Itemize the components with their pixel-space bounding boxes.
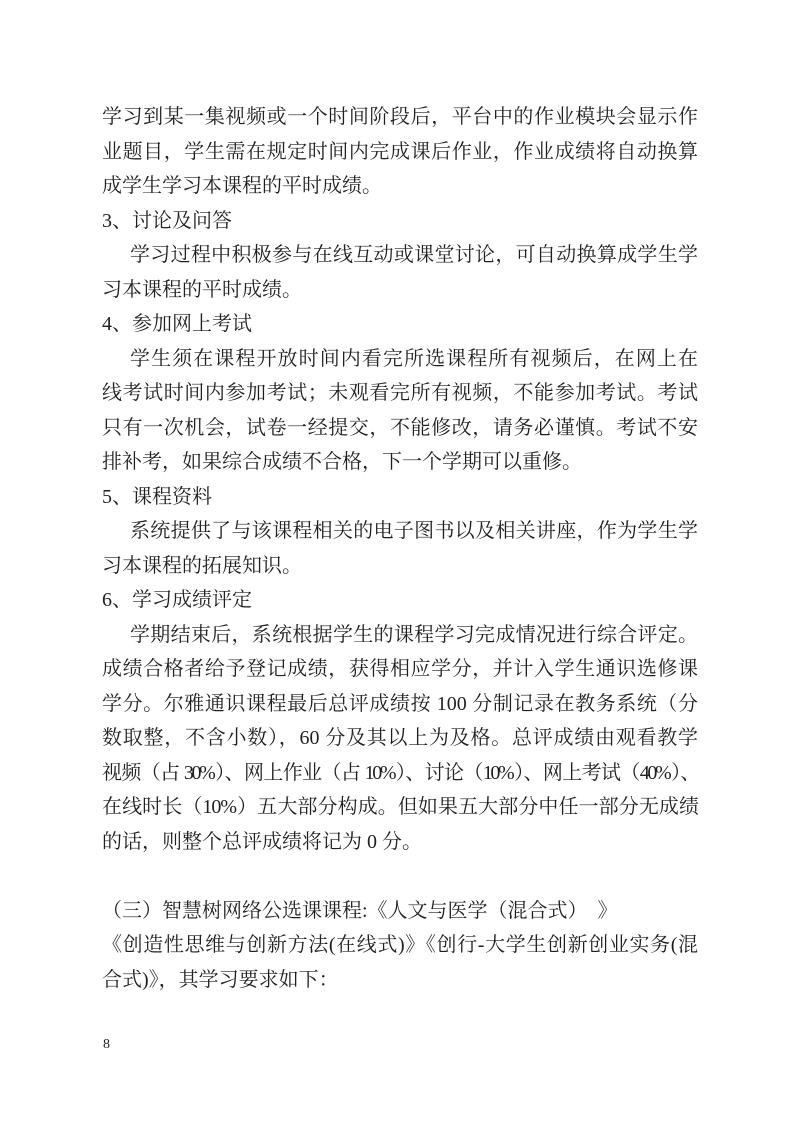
text-line: 成绩合格者给予登记成绩，获得相应学分，并计入学生通识选修课 xyxy=(102,652,698,687)
text-line: 只有一次机会，试卷一经提交，不能修改，请务必谨慎。考试不安 xyxy=(102,411,698,446)
text-line: 6、学习成绩评定 xyxy=(102,583,698,618)
text-line: 合式)》，其学习要求如下： xyxy=(102,963,698,998)
text-line: 视频（占 30%）、网上作业（占 10%）、讨论（10%）、网上考试（40%）、 xyxy=(102,756,698,791)
text-line: 《创造性思维与创新方法(在线式)》《创行-大学生创新创业实务(混 xyxy=(102,928,698,963)
text-line: 数取整，不含小数），60 分及其以上为及格。总评成绩由观看教学 xyxy=(102,721,698,756)
text-line: 学习到某一集视频或一个时间阶段后，平台中的作业模块会显示作 xyxy=(102,100,698,135)
text-line: 3、讨论及问答 xyxy=(102,204,698,239)
text-line: 在线时长（10%）五大部分构成。但如果五大部分中任一部分无成绩 xyxy=(102,790,698,825)
text-line: 学生须在课程开放时间内看完所选课程所有视频后，在网上在 xyxy=(102,342,698,377)
text-line: （三）智慧树网络公选课课程:《人文与医学（混合式） 》 xyxy=(102,894,698,929)
document-page: 学习到某一集视频或一个时间阶段后，平台中的作业模块会显示作业题目，学生需在规定时… xyxy=(0,0,793,1122)
text-line: 5、课程资料 xyxy=(102,480,698,515)
text-line: 习本课程的拓展知识。 xyxy=(102,549,698,584)
text-line: 4、参加网上考试 xyxy=(102,307,698,342)
text-line: 线考试时间内参加考试；未观看完所有视频，不能参加考试。考试 xyxy=(102,376,698,411)
page-number: 8 xyxy=(103,1035,110,1055)
text-line: 排补考，如果综合成绩不合格，下一个学期可以重修。 xyxy=(102,445,698,480)
text-line: 学习过程中积极参与在线互动或课堂讨论，可自动换算成学生学 xyxy=(102,238,698,273)
text-line: 的话，则整个总评成绩将记为 0 分。 xyxy=(102,825,698,860)
text-line: 学期结束后，系统根据学生的课程学习完成情况进行综合评定。 xyxy=(102,618,698,653)
text-line: 学分。尔雅通识课程最后总评成绩按 100 分制记录在教务系统（分 xyxy=(102,687,698,722)
text-line: 习本课程的平时成绩。 xyxy=(102,273,698,308)
text-line: 系统提供了与该课程相关的电子图书以及相关讲座，作为学生学 xyxy=(102,514,698,549)
text-line: 成学生学习本课程的平时成绩。 xyxy=(102,169,698,204)
document-body: 学习到某一集视频或一个时间阶段后，平台中的作业模块会显示作业题目，学生需在规定时… xyxy=(102,100,698,997)
text-line: 业题目，学生需在规定时间内完成课后作业，作业成绩将自动换算 xyxy=(102,135,698,170)
